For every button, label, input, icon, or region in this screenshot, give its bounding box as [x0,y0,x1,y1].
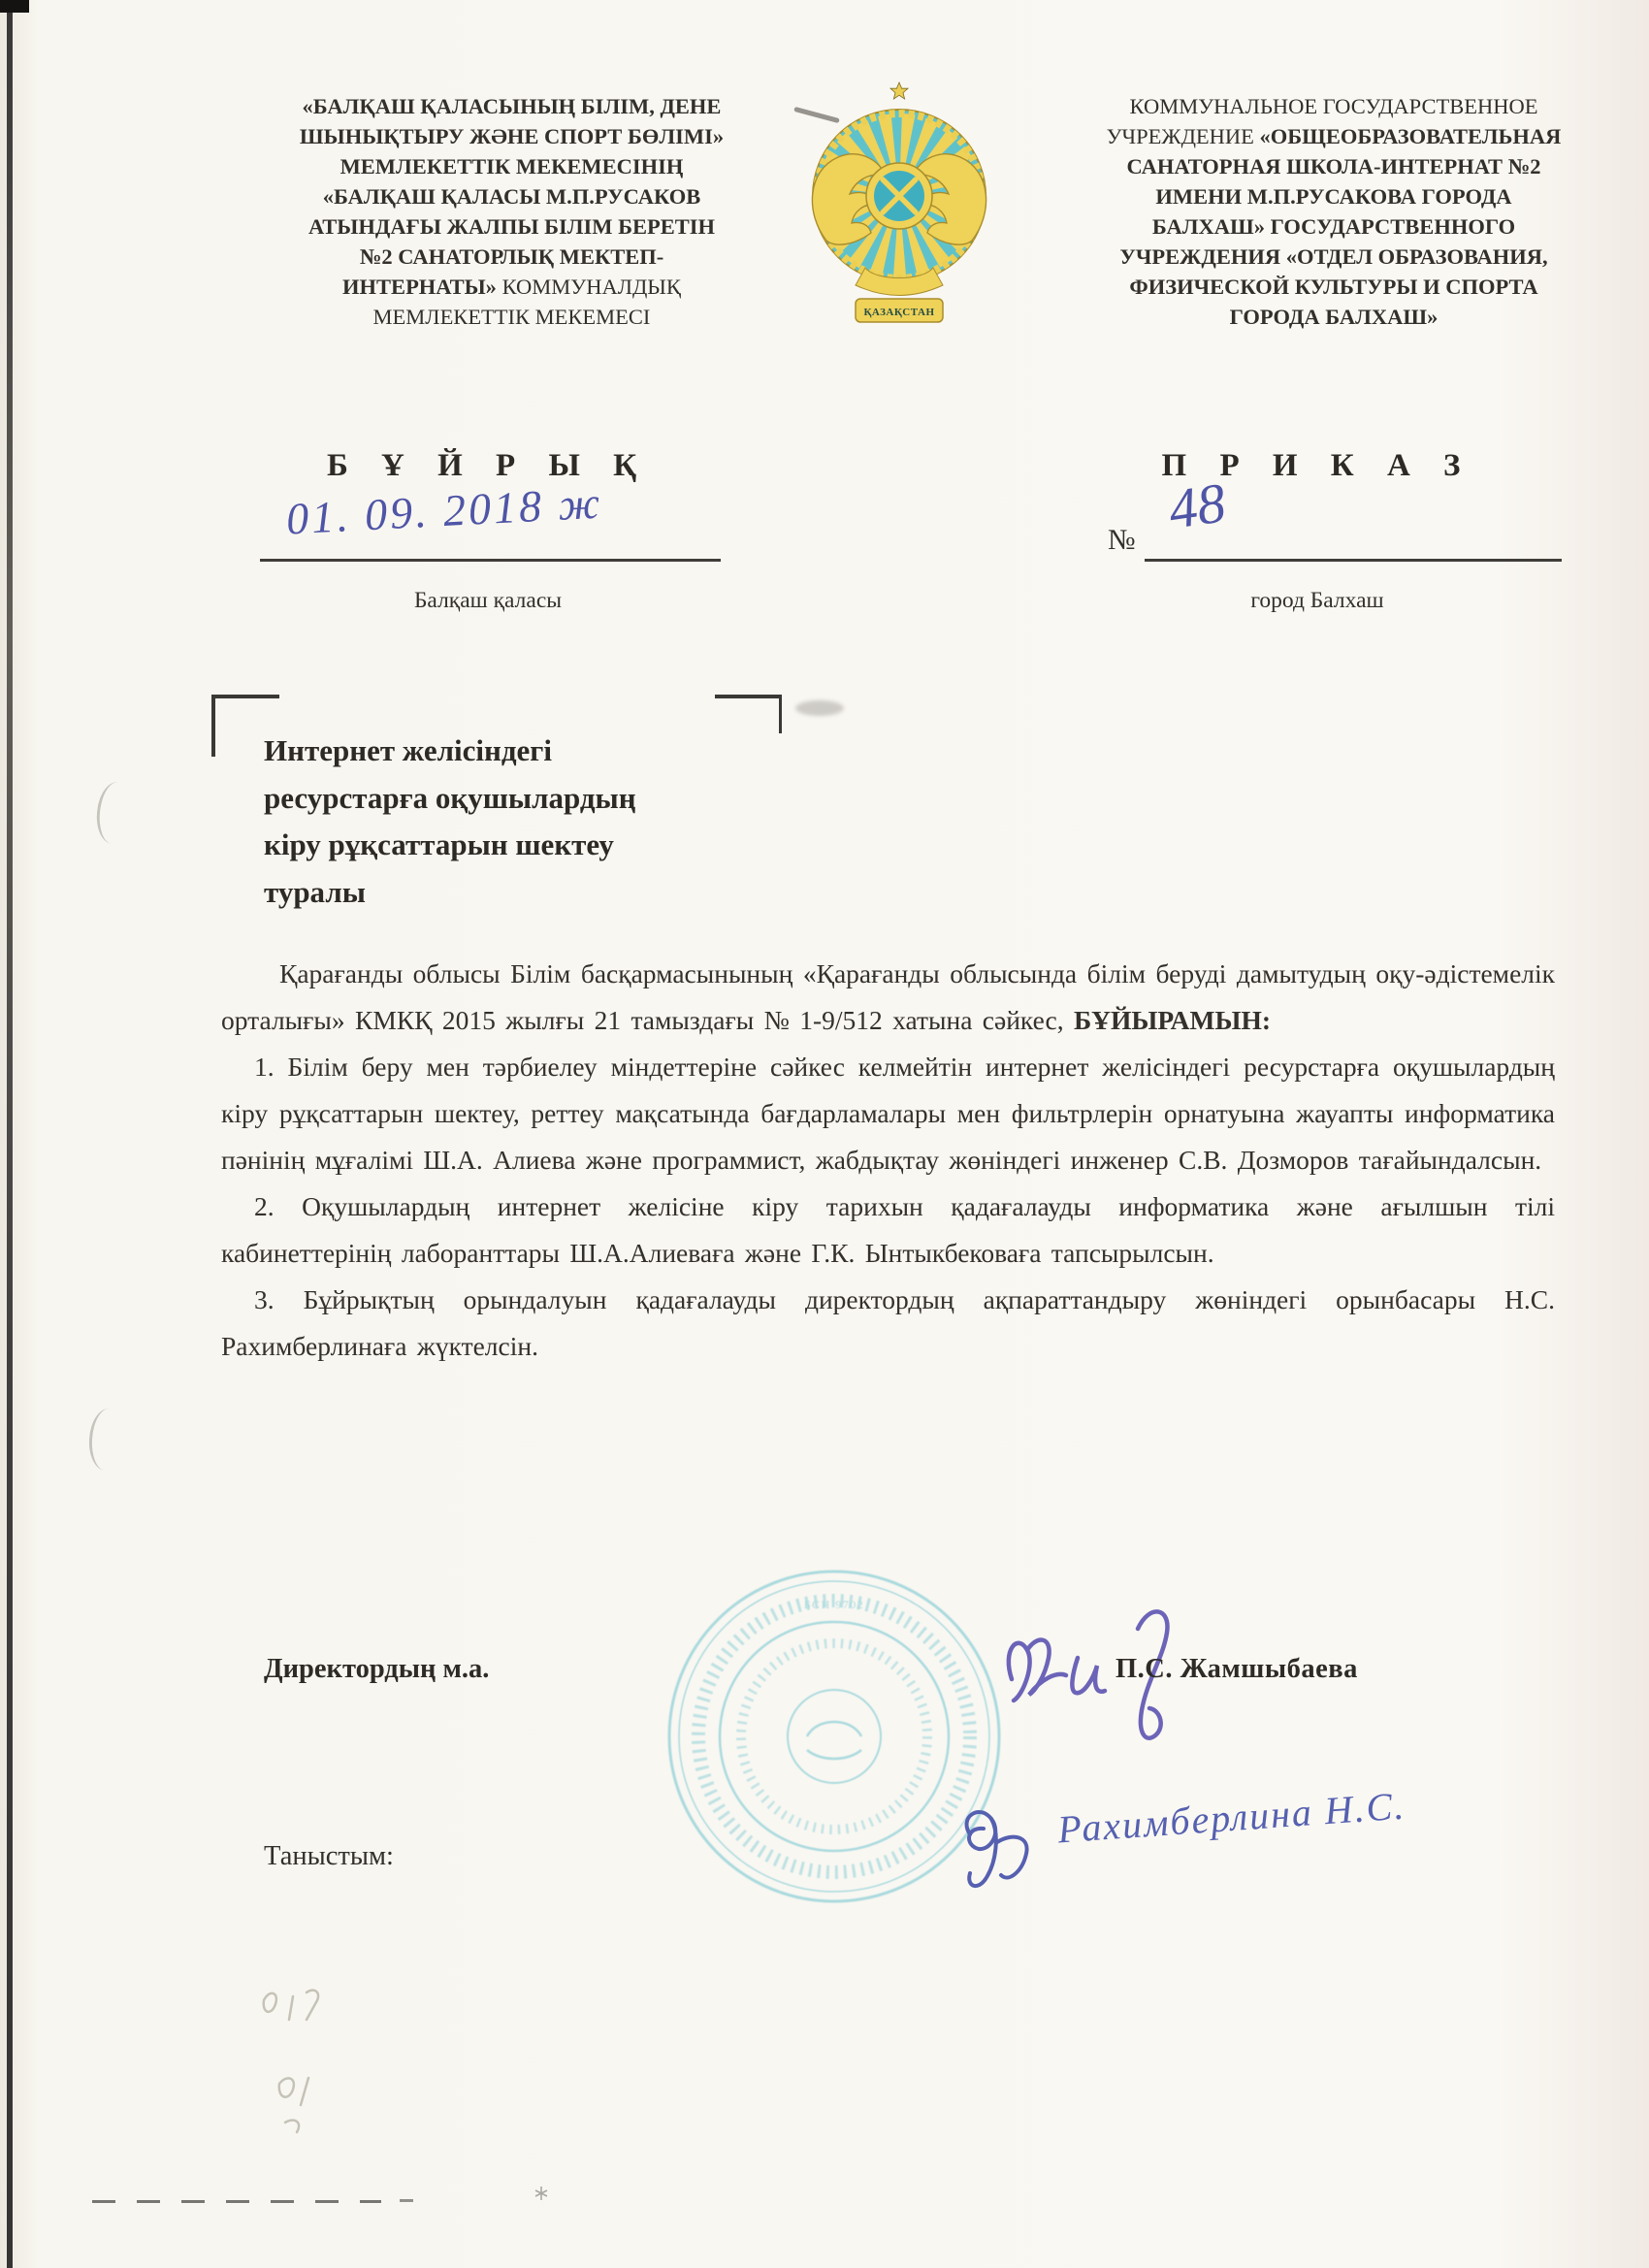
scan-speck [533,2185,550,2202]
intro-emphasis: БҰЙЫРАМЫН: [1074,1005,1271,1035]
org-name-russian: КОММУНАЛЬНОЕ ГОСУДАРСТВЕННОЕУЧРЕЖДЕНИЕ «… [1043,91,1625,332]
pencil-mark [87,1408,127,1472]
org-line: АТЫНДАҒЫ ЖАЛПЫ БІЛІМ БЕРЕТІН [228,211,795,242]
order-number-label: № [1108,524,1136,557]
pencil-dash [400,2199,413,2202]
scanned-order-page: «БАЛҚАШ ҚАЛАСЫНЫҢ БІЛІМ, ДЕНЕШЫНЫҚТЫРУ Ж… [0,0,1649,2268]
org-line: МЕМЛЕКЕТТІК МЕКЕМЕСІ [228,302,795,332]
intro-text: Қарағанды облысы Білім басқармасынының «… [221,958,1555,1035]
org-line: ФИЗИЧЕСКОЙ КУЛЬТУРЫ И СПОРТА [1043,272,1625,302]
star-icon [890,82,908,99]
place-kazakh: Балқаш қаласы [207,588,769,614]
acquainted-label: Таныстым: [264,1841,394,1872]
date-underline [260,559,721,562]
org-line: САНАТОРНАЯ ШКОЛА-ИНТЕРНАТ №2 [1043,151,1625,181]
place-russian: город Балхаш [1036,588,1599,614]
org-line: ГОРОДА БАЛХАШ» [1043,302,1625,332]
order-subject: Интернет желісіндегіресурстарға оқушылар… [264,728,865,916]
org-line: УЧРЕЖДЕНИЕ «ОБЩЕОБРАЗОВАТЕЛЬНАЯ [1043,121,1625,151]
pencil-dashed-line [92,2200,381,2203]
org-line: УЧРЕЖДЕНИЯ «ОТДЕЛ ОБРАЗОВАНИЯ, [1043,242,1625,272]
pencil-scribbles [250,1977,367,2152]
org-line: БАЛХАШ» ГОСУДАРСТВЕННОГО [1043,211,1625,242]
acquainted-signature-ink [941,1790,1062,1911]
order-title-kazakh: Б Ұ Й Р Ы Қ [207,448,769,484]
order-body: Қарағанды облысы Білім басқармасынының «… [221,951,1555,1370]
order-item: 1. Білім беру мен тәрбиелеу міндеттеріне… [221,1044,1555,1183]
org-line: №2 САНАТОРЛЫҚ МЕКТЕП- [228,242,795,272]
scan-corner-artifact [0,0,29,13]
number-underline [1145,559,1562,562]
scan-edge-shadow [7,0,13,2268]
order-item: 2. Оқушылардың интернет желісіне кіру та… [221,1183,1555,1277]
stamp-text: БСН 9702 [804,1598,864,1611]
acquainted-handwritten-name: Рахимберлина Н.С. [1056,1783,1407,1853]
scan-smudge [795,700,844,716]
subject-line: ресурстарға оқушылардың [264,775,865,823]
org-name-kazakh: «БАЛҚАШ ҚАЛАСЫНЫҢ БІЛІМ, ДЕНЕШЫНЫҚТЫРУ Ж… [228,91,795,332]
subject-line: кіру рұқсаттарын шектеу [264,822,865,869]
org-line: ИНТЕРНАТЫ» КОММУНАЛДЫҚ [228,272,795,302]
order-title-russian: П Р И К А З [1036,448,1599,484]
kazakhstan-coat-of-arms-icon: ҚАЗАҚСТАН [797,78,1001,333]
handwritten-order-number: 48 [1165,470,1230,541]
org-line: «БАЛҚАШ ҚАЛАСЫНЫҢ БІЛІМ, ДЕНЕ [228,91,795,121]
order-item: 3. Бұйрықтың орындалуын қадағалауды дире… [221,1277,1555,1370]
emblem-banner-text: ҚАЗАҚСТАН [863,307,934,318]
org-line: КОММУНАЛЬНОЕ ГОСУДАРСТВЕННОЕ [1043,91,1625,121]
handwritten-date: 01. 09. 2018 ж [285,476,604,544]
org-line: МЕМЛЕКЕТТІК МЕКЕМЕСІНІҢ [228,151,795,181]
org-line: ШЫНЫҚТЫРУ ЖӘНЕ СПОРТ БӨЛІМІ» [228,121,795,151]
org-line: ИМЕНИ М.П.РУСАКОВА ГОРОДА [1043,181,1625,211]
order-intro: Қарағанды облысы Білім басқармасынының «… [221,951,1555,1044]
signer-role-label: Директордың м.а. [264,1654,489,1685]
pencil-mark [94,780,136,846]
org-line: «БАЛҚАШ ҚАЛАСЫ М.П.РУСАКОВ [228,181,795,211]
subject-line: туралы [264,869,865,917]
subject-line: Интернет желісіндегі [264,728,865,775]
director-name: П.С. Жамшыбаева [1115,1654,1358,1685]
